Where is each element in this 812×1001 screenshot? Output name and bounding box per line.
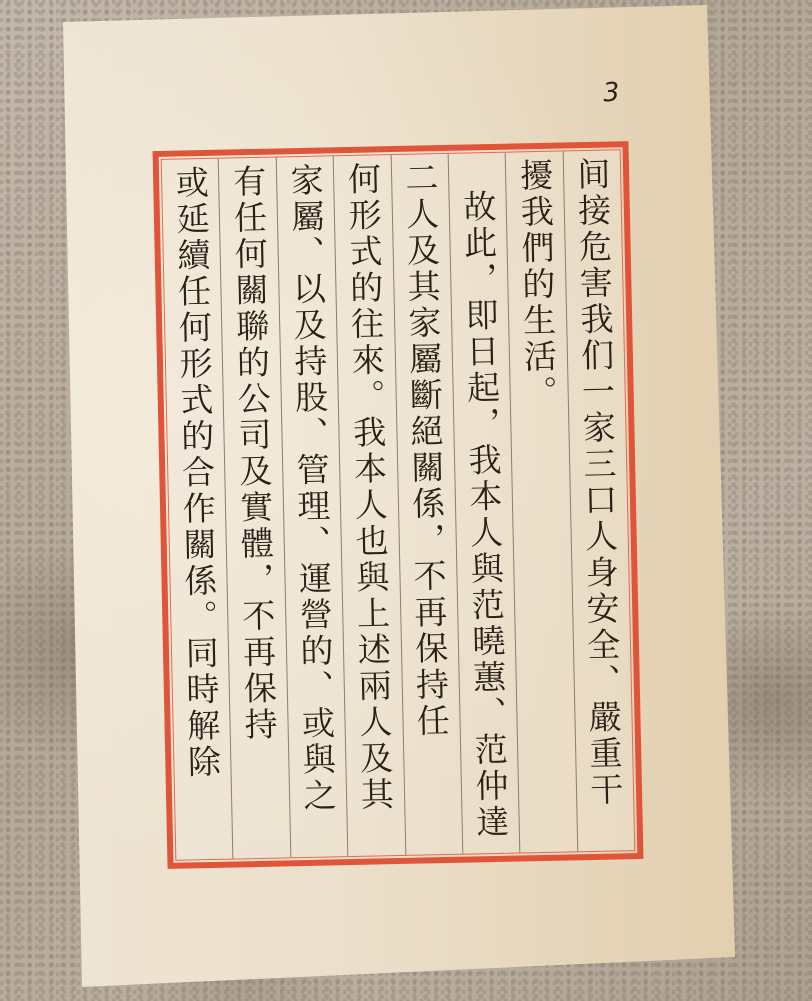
column-text: 何形式的往來。我本人也與上述兩人及其 — [346, 161, 393, 813]
text-columns-area: 间接危害我们一家三口人身安全、嚴重干 擾我們的生活。 故此，即日起，我本人與范曉… — [161, 149, 636, 860]
column-text: 擾我們的生活。 — [518, 158, 556, 412]
column-text: 二人及其家屬斷絕關係，不再保持任 — [403, 160, 448, 740]
column-text: 家屬、以及持股、管理、運營的、或與之 — [288, 163, 335, 815]
column-text: 有任何關聯的公司及實體，不再保持 — [231, 164, 276, 744]
column-text: 故此，即日起，我本人與范曉蕙、范仲達 — [460, 159, 507, 841]
red-ruled-frame: 间接危害我们一家三口人身安全、嚴重干 擾我們的生活。 故此，即日起，我本人與范曉… — [153, 141, 644, 869]
column-text: 或延續任何形式的合作關係。同時解除 — [174, 165, 220, 781]
column-text: 间接危害我们一家三口人身安全、嚴重干 — [575, 157, 622, 809]
page-number: 3 — [602, 77, 621, 108]
